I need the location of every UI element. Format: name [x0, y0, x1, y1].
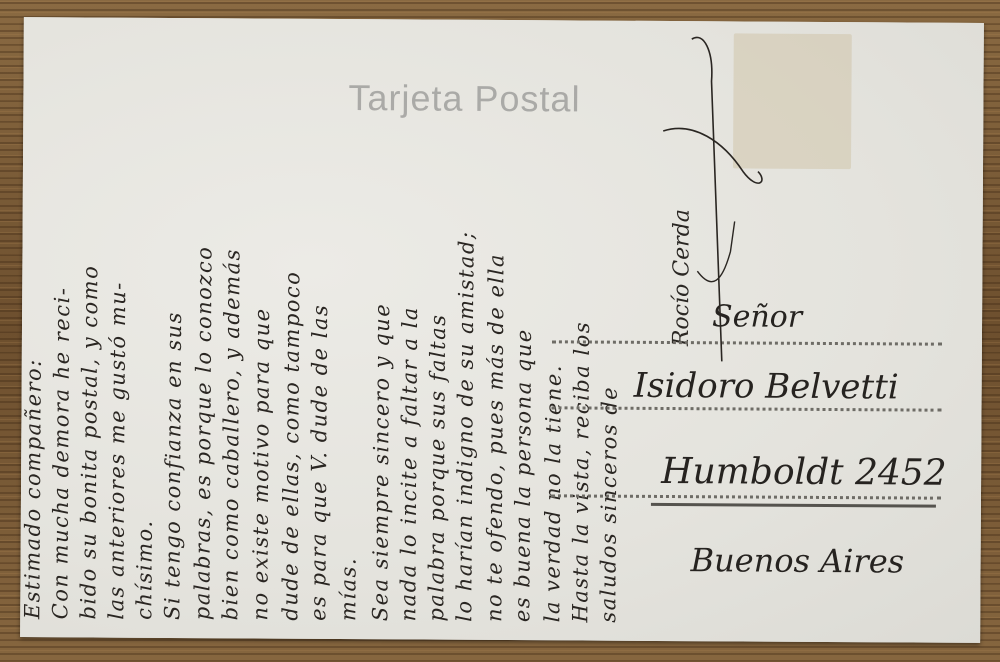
message-line: Estimado compañero:	[20, 358, 46, 619]
message-line: Sea siempre sincero y que	[368, 303, 394, 622]
message-line: nada lo incite a faltar a la	[396, 306, 422, 621]
message-line: mías.	[336, 557, 360, 621]
address-salutation: Señor	[712, 299, 802, 335]
message-line: palabras, es porque lo conozco	[190, 246, 216, 621]
message-line: no te ofendo, pues más de ella	[482, 253, 508, 622]
sender-signature: Rocío Cerda	[669, 209, 695, 346]
postcard: Tarjeta Postal Estimado compañero: Con m…	[20, 17, 984, 643]
message-line: no existe motivo para que	[248, 307, 274, 620]
message-line: palabra porque sus faltas	[424, 313, 450, 621]
address-street: Humboldt 2452	[661, 451, 947, 494]
message-line: saludos sinceros de	[596, 386, 621, 623]
message-line: bien como caballero, y además	[218, 248, 244, 620]
address-name: Isidoro Belvetti	[634, 366, 899, 408]
message-line: chísimo.	[132, 519, 157, 620]
message-line: bido su bonita postal, y como	[76, 265, 102, 620]
stamp-placeholder	[733, 33, 852, 169]
message-line: la verdad no la tiene.	[540, 364, 566, 622]
message-line: Con mucha demora he reci-	[48, 287, 74, 620]
message-line: lo harían indigno de su amistad;	[452, 231, 478, 622]
message-line: Hasta la vista, reciba los	[568, 321, 594, 623]
message-line: Si tengo confianza en sus	[160, 311, 186, 620]
message-line: dude de ellas, como tampoco	[278, 271, 304, 621]
message-line: es para que V. dude de las	[306, 304, 332, 621]
message-line: las anteriores me gustó mu-	[104, 281, 130, 620]
message-line: es buena la persona que	[510, 328, 536, 622]
address-city: Buenos Aires	[690, 541, 904, 580]
address-underline	[651, 503, 936, 508]
message-body: Estimado compañero: Con mucha demora he …	[20, 17, 664, 641]
